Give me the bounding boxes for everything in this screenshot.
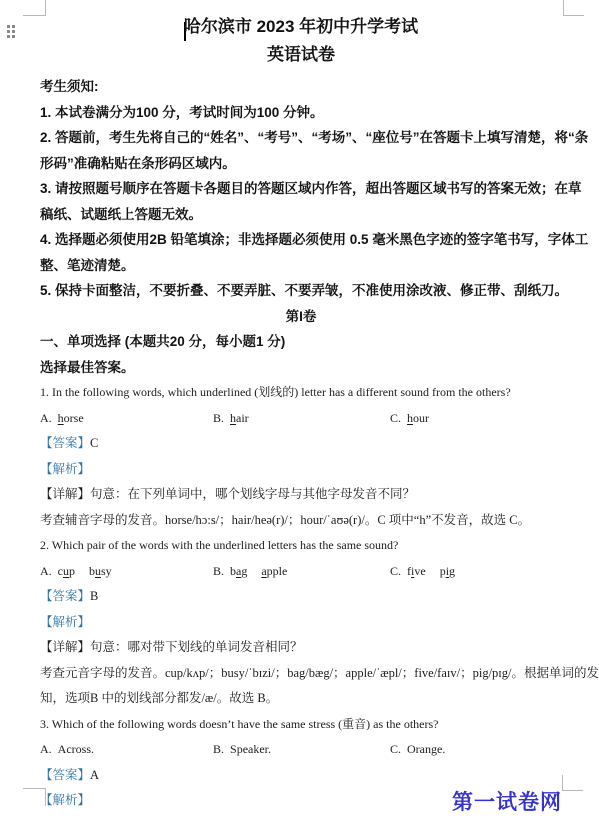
- option: B.hair: [213, 406, 390, 432]
- question-stem: 1. In the following words, which underli…: [40, 380, 562, 406]
- option: C.Orange.: [390, 737, 562, 763]
- answer-value: B: [90, 589, 98, 603]
- question-stem: 3. Which of the following words doesn’t …: [40, 712, 562, 738]
- doc-title: 哈尔滨市 2023 年初中升学考试: [40, 16, 562, 38]
- part-heading: 一、单项选择 (本题共20 分，每小题1 分): [40, 329, 562, 355]
- page-corner-mark-bottom-right: [562, 775, 583, 791]
- questions-list: 1. In the following words, which underli…: [40, 380, 562, 814]
- answer-label: 【答案】: [40, 589, 90, 603]
- notice-line: 2. 答题前，考生先将自己的“姓名”、“考号”、“考场”、“座位号”在答题卡上填…: [40, 125, 562, 151]
- drag-handle-icon[interactable]: [7, 25, 15, 38]
- notice-heading: 考生须知:: [40, 74, 562, 100]
- detail-line: 【详解】句意：哪对带下划线的单词发音相同？: [40, 635, 562, 661]
- detail-line: 知，选项B 中的划线部分都发/æ/。故选 B。: [40, 686, 562, 712]
- part-subheading: 选择最佳答案。: [40, 355, 562, 381]
- notice-line: 整、笔迹清楚。: [40, 253, 562, 279]
- option: B.bagapple: [213, 559, 390, 585]
- option-letter: C.: [390, 742, 401, 756]
- option: A.horse: [40, 406, 213, 432]
- notice-line: 3. 请按照题号顺序在答题卡各题目的答题区域内作答，超出答题区域书写的答案无效；…: [40, 176, 562, 202]
- option-word: cup: [58, 564, 75, 578]
- page-corner-mark-top-left: [23, 0, 46, 16]
- answer-value: C: [90, 436, 98, 450]
- underlined-letter: h: [230, 411, 236, 425]
- option-word: hour: [407, 411, 429, 425]
- option-letter: C.: [390, 411, 401, 425]
- answer-label: 【答案】: [40, 436, 90, 450]
- option-letter: C.: [390, 564, 401, 578]
- option-letter: A.: [40, 742, 52, 756]
- option-letter: A.: [40, 411, 52, 425]
- option-word: Orange.: [407, 742, 445, 756]
- underlined-letter: u: [63, 564, 69, 578]
- underlined-letter: a: [261, 564, 266, 578]
- underlined-letter: h: [407, 411, 413, 425]
- notice-line: 5. 保持卡面整洁，不要折叠、不要弄脏、不要弄皱，不准使用涂改液、修正带、刮纸刀…: [40, 278, 562, 304]
- option-letter: B.: [213, 564, 224, 578]
- notices-list: 1. 本试卷满分为100 分，考试时间为100 分钟。2. 答题前，考生先将自己…: [40, 100, 562, 304]
- page-corner-mark-top-right: [563, 0, 584, 16]
- underlined-letter: u: [95, 564, 101, 578]
- option: C.fivepig: [390, 559, 562, 585]
- option-word: Across.: [58, 742, 94, 756]
- option-letter: B.: [213, 742, 224, 756]
- notice-line: 形码”准确粘贴在条形码区域内。: [40, 151, 562, 177]
- detail-line: 考查辅音字母的发音。horse/hɔ:s/；hair/heə(r)/；hour/…: [40, 508, 562, 534]
- notice-line: 稿纸、试题纸上答题无效。: [40, 202, 562, 228]
- answer-line: 【答案】B: [40, 584, 562, 610]
- watermark-logo: 第一试卷网: [452, 786, 562, 816]
- analysis-label: 【解析】: [40, 615, 90, 629]
- underlined-letter: i: [446, 564, 449, 578]
- underlined-letter: h: [58, 411, 64, 425]
- option-word: bag: [230, 564, 247, 578]
- underlined-letter: i: [411, 564, 414, 578]
- document-content: 哈尔滨市 2023 年初中升学考试 英语试卷 考生须知: 1. 本试卷满分为10…: [40, 16, 562, 814]
- answer-value: A: [90, 768, 99, 782]
- analysis-line: 【解析】: [40, 457, 562, 483]
- doc-subtitle: 英语试卷: [40, 44, 562, 66]
- option: C.hour: [390, 406, 562, 432]
- option: A.Across.: [40, 737, 213, 763]
- question-stem: 2. Which pair of the words with the unde…: [40, 533, 562, 559]
- option-letter: A.: [40, 564, 52, 578]
- notice-line: 4. 选择题必须使用2B 铅笔填涂；非选择题必须使用 0.5 毫米黑色字迹的签字…: [40, 227, 562, 253]
- analysis-label: 【解析】: [40, 793, 90, 807]
- option-letter: B.: [213, 411, 224, 425]
- document-page: 哈尔滨市 2023 年初中升学考试 英语试卷 考生须知: 1. 本试卷满分为10…: [0, 0, 599, 829]
- option-word: five: [407, 564, 426, 578]
- answer-line: 【答案】A: [40, 763, 562, 789]
- analysis-line: 【解析】: [40, 610, 562, 636]
- option-word: pig: [440, 564, 455, 578]
- analysis-label: 【解析】: [40, 462, 90, 476]
- answer-label: 【答案】: [40, 768, 90, 782]
- detail-line: 【详解】句意：在下列单词中，哪个划线字母与其他字母发音不同？: [40, 482, 562, 508]
- options-row: A.Across.B.Speaker.C.Orange.: [40, 737, 562, 763]
- section-heading: 第I卷: [40, 304, 562, 330]
- options-row: A.horseB.hairC.hour: [40, 406, 562, 432]
- detail-line: 考查元音字母的发音。cup/kʌp/；busy/ˈbɪzi/；bag/bæg/；…: [40, 661, 562, 687]
- option-word: busy: [89, 564, 112, 578]
- option-word: hair: [230, 411, 249, 425]
- options-row: A.cupbusyB.bagappleC.fivepig: [40, 559, 562, 585]
- answer-line: 【答案】C: [40, 431, 562, 457]
- notice-line: 1. 本试卷满分为100 分，考试时间为100 分钟。: [40, 100, 562, 126]
- underlined-letter: a: [236, 564, 241, 578]
- option: B.Speaker.: [213, 737, 390, 763]
- option: A.cupbusy: [40, 559, 213, 585]
- option-word: horse: [58, 411, 84, 425]
- option-word: Speaker.: [230, 742, 271, 756]
- option-word: apple: [261, 564, 287, 578]
